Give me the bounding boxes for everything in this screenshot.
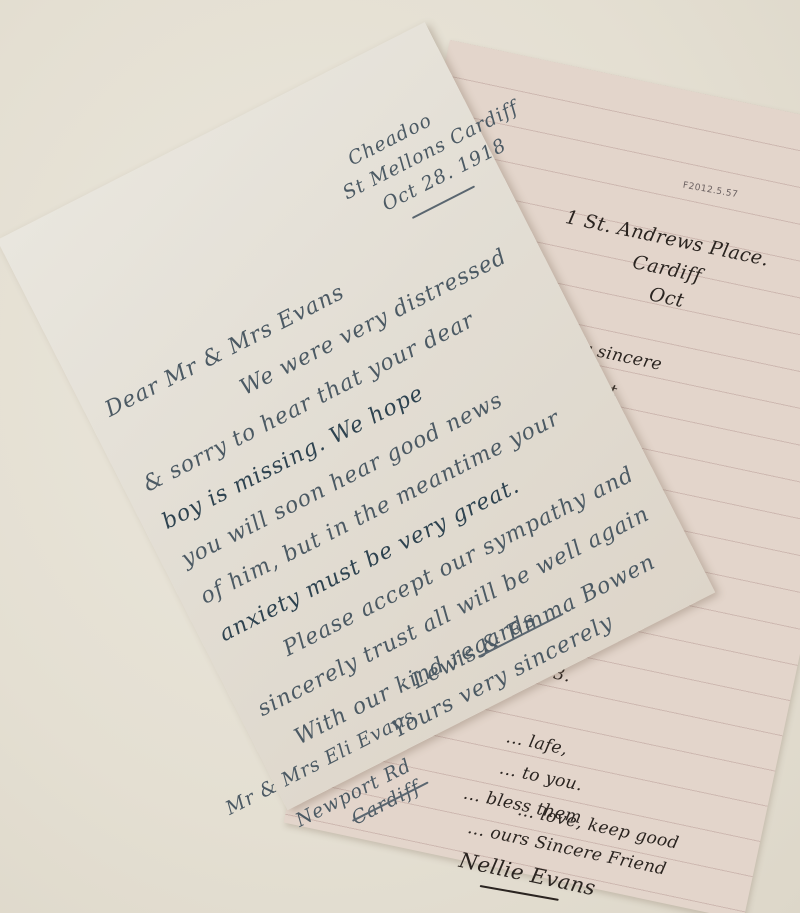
back-body-line: ... lafe,	[504, 727, 569, 760]
accession-number: F2012.5.57	[682, 181, 739, 201]
back-address-line-2: Cardiff	[631, 251, 704, 287]
back-body-line: ... to you.	[498, 758, 585, 795]
back-address-line-3: Oct	[647, 283, 686, 312]
